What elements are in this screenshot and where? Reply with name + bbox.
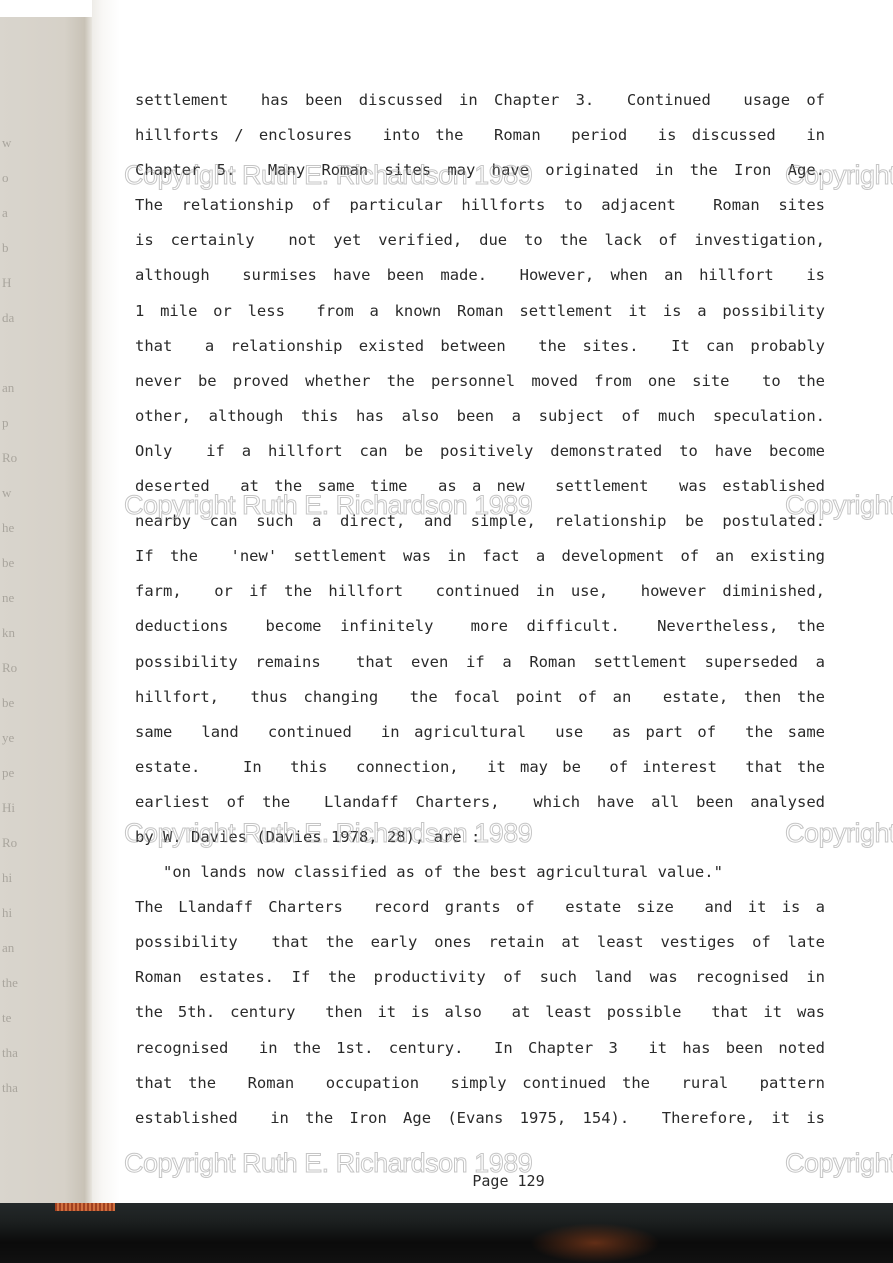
text-line: earliest of the Llandaff Charters, which… [135,785,825,820]
ghost-text-fragment: Hi [2,790,30,825]
text-line: 1 mile or less from a known Roman settle… [135,294,825,329]
ghost-text-fragment: hi [2,860,30,895]
text-line: estate. In this connection, it may be of… [135,750,825,785]
text-line: nearby can such a direct, and simple, re… [135,504,825,539]
text-line: the 5th. century then it is also at leas… [135,995,825,1030]
page-footer: Page 129 [0,1172,893,1190]
ghost-text-fragment: an [2,930,30,965]
ghost-text-fragment: pe [2,755,30,790]
ghost-text-fragment: kn [2,615,30,650]
text-line: is certainly not yet verified, due to th… [135,223,825,258]
facing-page: woabHdaanpRowhebeneknRobeyepeHiRohihiant… [0,17,92,1203]
ghost-text-fragment: Ro [2,440,30,475]
ghost-text-fragment: hi [2,895,30,930]
text-line: The relationship of particular hillforts… [135,188,825,223]
text-line: hillforts / enclosures into the Roman pe… [135,118,825,153]
text-line: "on lands now classified as of the best … [135,855,825,890]
text-line: by W. Davies (Davies 1978, 28), are : [135,820,825,855]
text-line: although surmises have been made. Howeve… [135,258,825,293]
ghost-text-fragment: ne [2,580,30,615]
ghost-text-fragment: w [2,125,30,160]
text-line: that a relationship existed between the … [135,329,825,364]
ghost-text-fragment: a [2,195,30,230]
text-line: Only if a hillfort can be positively dem… [135,434,825,469]
text-line: Roman estates. If the productivity of su… [135,960,825,995]
text-line: farm, or if the hillfort continued in us… [135,574,825,609]
ghost-text-fragment: b [2,230,30,265]
text-line: The Llandaff Charters record grants of e… [135,890,825,925]
ghost-text-fragment: the [2,965,30,1000]
ghost-text-fragment [2,335,30,370]
ghost-text-fragment: Ro [2,650,30,685]
ghost-text-fragment: H [2,265,30,300]
ghost-text-fragment: an [2,370,30,405]
binding-edge [55,1203,115,1211]
text-line: deserted at the same time as a new settl… [135,469,825,504]
text-line: deductions become infinitely more diffic… [135,609,825,644]
ghost-text-fragment: be [2,685,30,720]
book-binding-background [0,1203,893,1263]
text-line: recognised in the 1st. century. In Chapt… [135,1031,825,1066]
facing-page-bleedthrough-text: woabHdaanpRowhebeneknRobeyepeHiRohihiant… [0,125,32,1105]
ghost-text-fragment: be [2,545,30,580]
ghost-text-fragment: da [2,300,30,335]
ghost-text-fragment: o [2,160,30,195]
ghost-text-fragment: tha [2,1035,30,1070]
text-line: established in the Iron Age (Evans 1975,… [135,1101,825,1136]
text-line: Chapter 5. Many Roman sites may have ori… [135,153,825,188]
ghost-text-fragment: tha [2,1070,30,1105]
text-line: settlement has been discussed in Chapter… [135,83,825,118]
ghost-text-fragment: ye [2,720,30,755]
text-line: hillfort, thus changing the focal point … [135,680,825,715]
text-line: possibility that the early ones retain a… [135,925,825,960]
text-line: that the Roman occupation simply continu… [135,1066,825,1101]
text-line: possibility remains that even if a Roman… [135,645,825,680]
body-text: settlement has been discussed in Chapter… [135,83,825,1136]
ghost-text-fragment: he [2,510,30,545]
ghost-text-fragment: te [2,1000,30,1035]
page-number: Page 129 [472,1172,544,1190]
reflection [530,1223,660,1263]
ghost-text-fragment: w [2,475,30,510]
text-line: same land continued in agricultural use … [135,715,825,750]
text-line: never be proved whether the personnel mo… [135,364,825,399]
ghost-text-fragment: p [2,405,30,440]
text-line: If the 'new' settlement was in fact a de… [135,539,825,574]
text-line: other, although this has also been a sub… [135,399,825,434]
ghost-text-fragment: Ro [2,825,30,860]
